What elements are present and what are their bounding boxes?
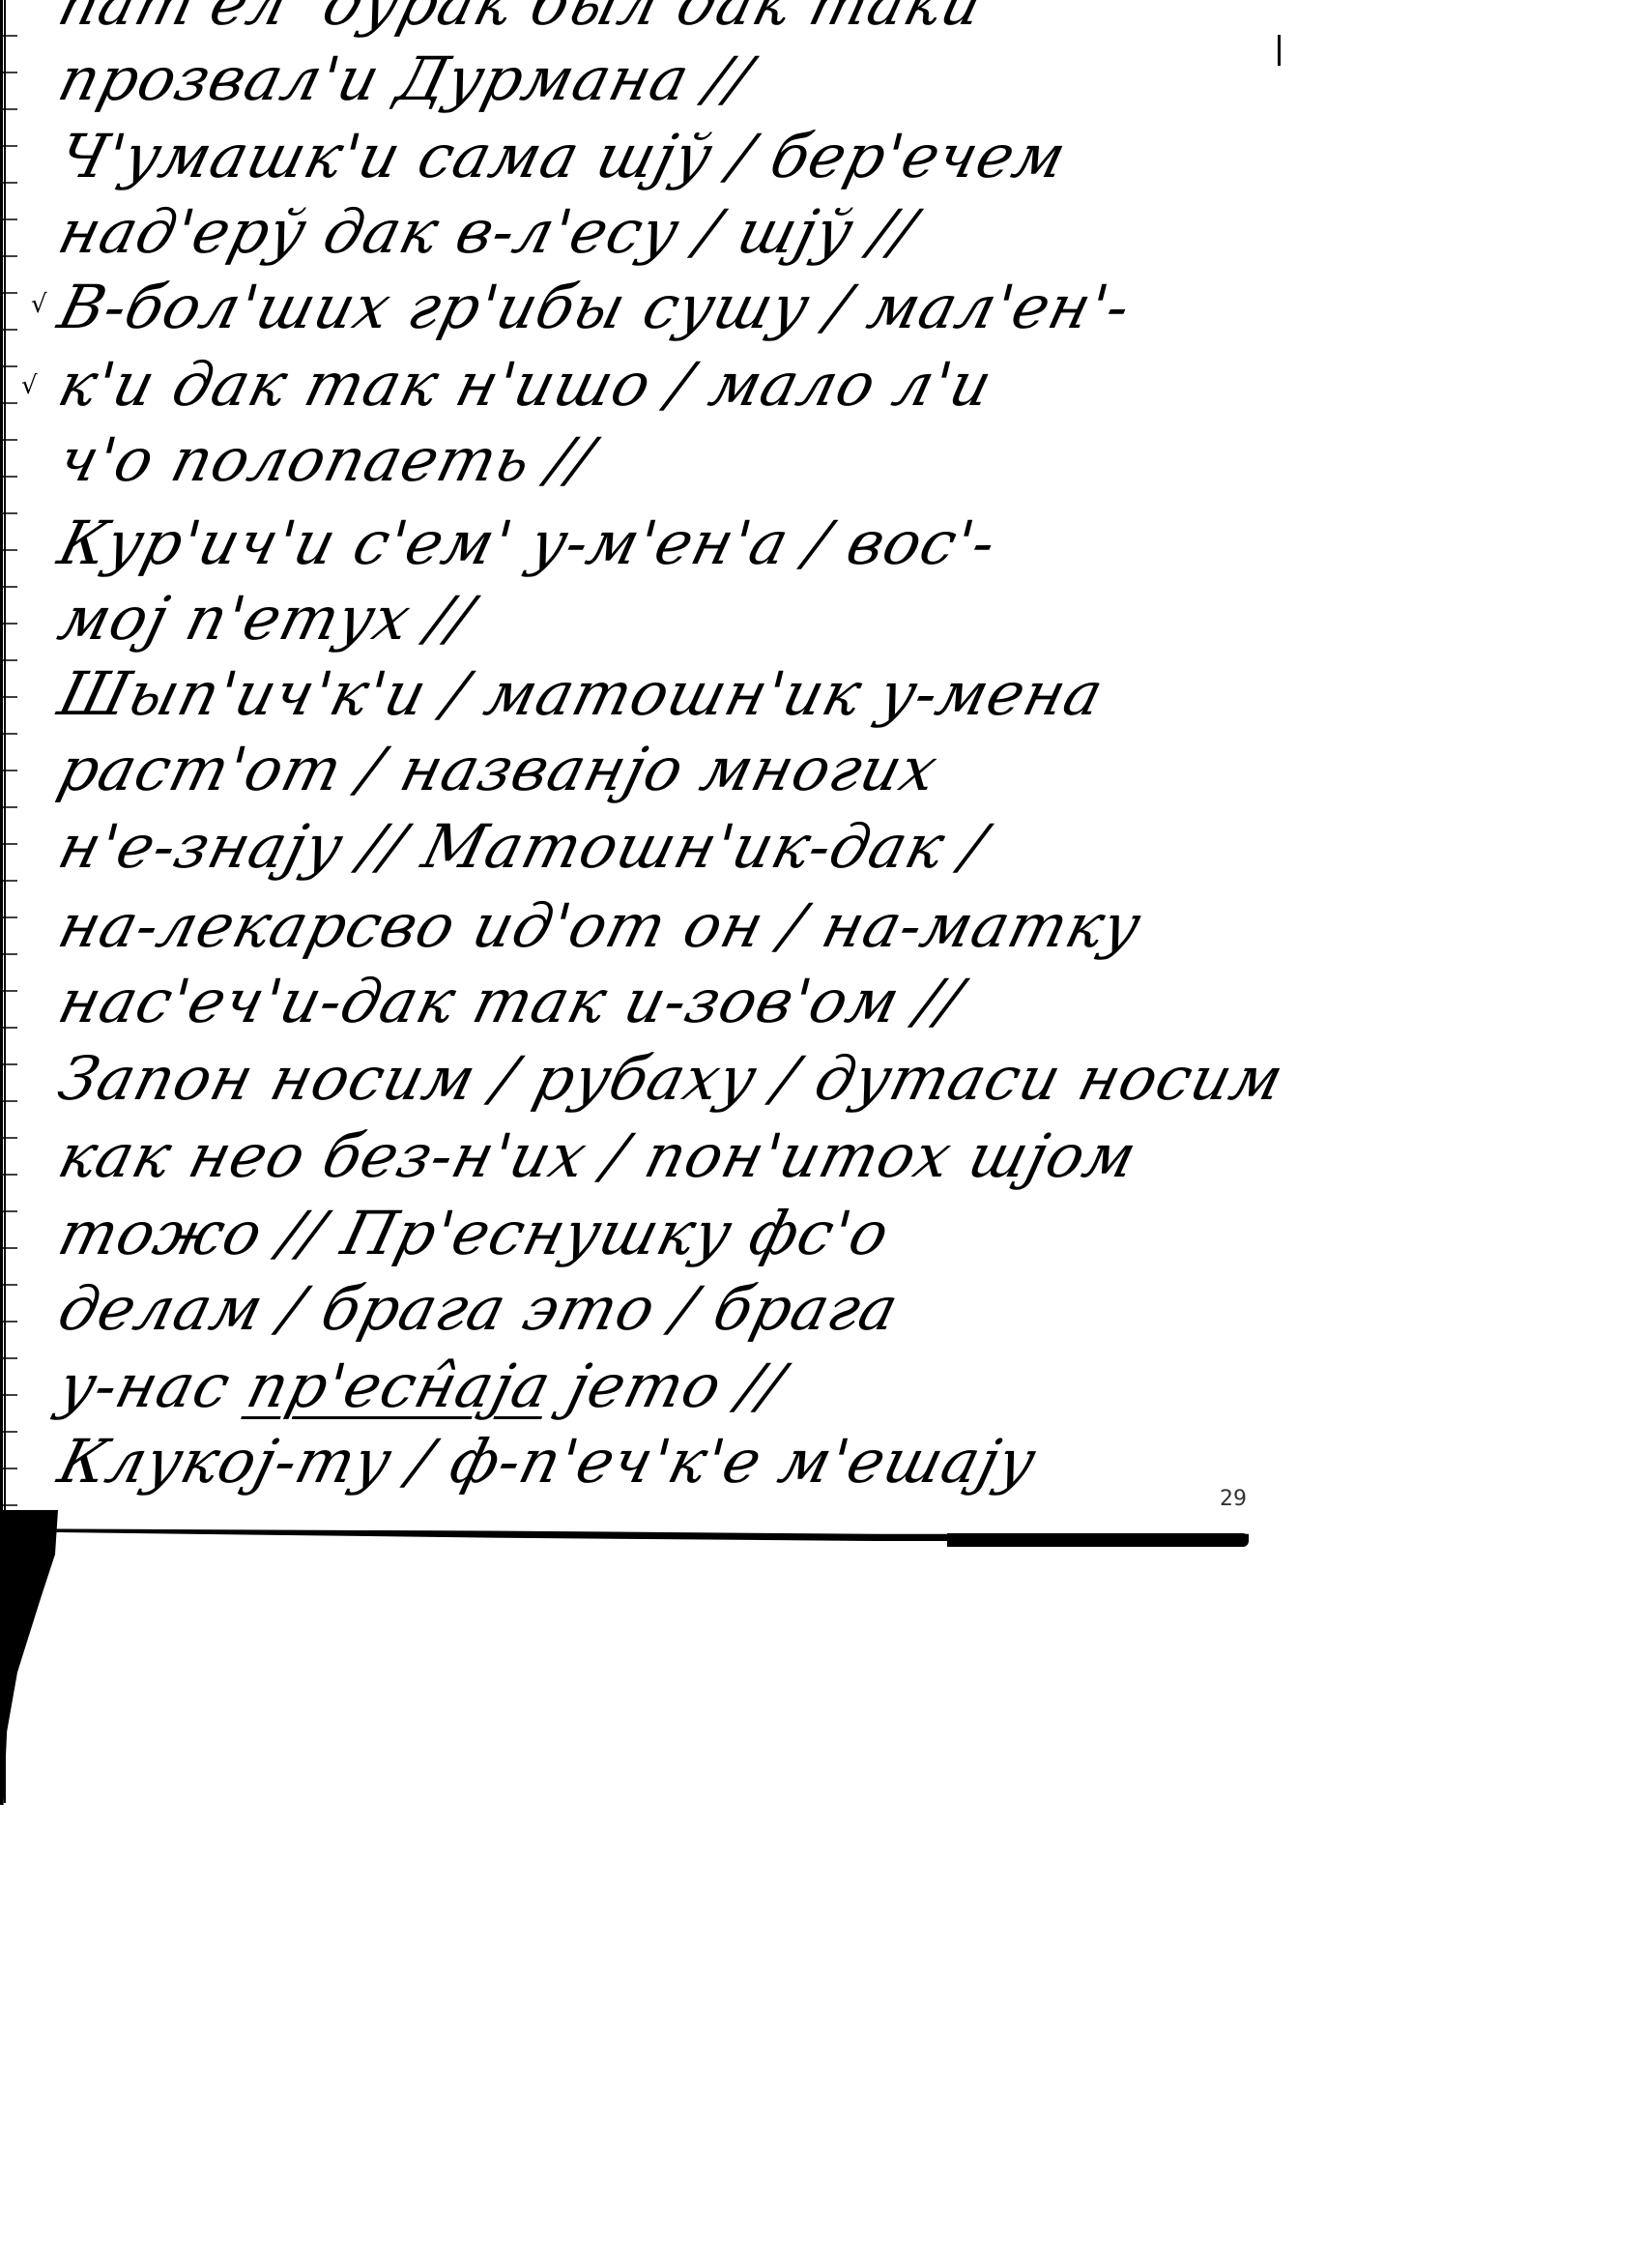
- manuscript-line: В-бол'ших гр'ибы сушу / мал'ен'-: [50, 267, 1139, 348]
- manuscript-line: Шып'ич'к'и / матошн'ик у-мена: [50, 654, 1112, 735]
- manuscript-line: Кур'ич'и с'ем' у-м'ен'а / вос'-: [50, 503, 1005, 584]
- manuscript-line: на-лекарсво ид'от он / на-матку: [50, 886, 1150, 967]
- manuscript-line: раст'от / названјо многих: [50, 729, 946, 810]
- underlined-word: пр'есн̂аја: [241, 1351, 559, 1421]
- manuscript-line: тожо // Пр'еснушку фс'о: [50, 1193, 898, 1274]
- manuscript-line: делам / брага это / брага: [50, 1268, 908, 1350]
- manuscript-line: над'ерў дак в-л'есу / шјў //: [50, 191, 925, 273]
- manuscript-line: Запон носим / рубаху / дутаси носим: [50, 1038, 1292, 1119]
- margin-checkmark-icon: √: [31, 290, 47, 319]
- manuscript-line: нас'еч'и-дак так и-зов'ом //: [50, 961, 971, 1042]
- margin-checkmark-icon: √: [21, 371, 38, 400]
- right-margin-mark: [1278, 35, 1281, 66]
- manuscript-line: ч'о полопаеть //: [50, 420, 602, 501]
- manuscript-line: прозвал'и Дурмана //: [50, 39, 761, 120]
- scan-shadow: [0, 1510, 58, 1805]
- manuscript-line: Ч'умашк'и сама шјў / бер'ечем: [50, 116, 1075, 197]
- manuscript-page: √ √ пат'ел' дурак был дак таки прозвал'и…: [0, 0, 1643, 2268]
- manuscript-line: как нео без-н'их / пон'итох шјом: [50, 1116, 1145, 1197]
- page-number: 29: [1220, 1487, 1247, 1511]
- manuscript-line: Клукој-ту / ф-п'еч'к'е м'ешају: [50, 1421, 1045, 1502]
- manuscript-text: јето //: [541, 1351, 792, 1421]
- manuscript-line: мој п'етух //: [50, 578, 481, 659]
- manuscript-line: у-нас пр'есн̂аја јето //: [50, 1346, 793, 1427]
- manuscript-line: н'е-знају // Матошн'ик-дак /: [50, 806, 994, 887]
- bottom-rule-line-end: [947, 1533, 1249, 1547]
- margin-ruling-ticks: [0, 0, 17, 1508]
- manuscript-line: к'и дак так н'ишо / мало л'и: [50, 344, 1001, 425]
- manuscript-text: у-нас: [51, 1351, 257, 1421]
